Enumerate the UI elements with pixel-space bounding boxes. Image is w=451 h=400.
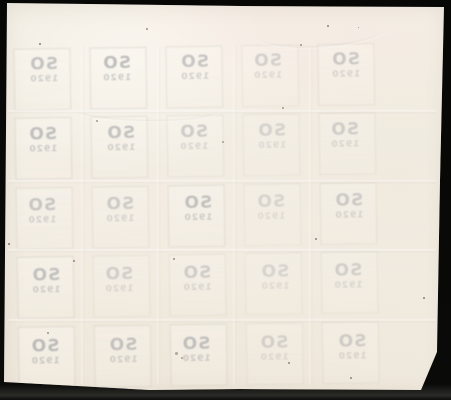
stamp-position: SO1920	[311, 247, 388, 318]
gutter-line-horizontal	[8, 319, 436, 321]
overprint-so-text: SO	[159, 265, 235, 283]
overprint-year-text: 1920	[6, 74, 82, 85]
overprint-so-text: SO	[158, 335, 234, 353]
overprint-so-text: SO	[236, 334, 312, 352]
overprint-year-text: 1920	[311, 210, 387, 221]
dust-speck	[222, 141, 224, 143]
stamp-position: SO1920	[4, 113, 81, 184]
overprint-year-text: 1920	[79, 73, 155, 84]
overprint-so-text: SO	[78, 55, 154, 73]
overprint-so-text: SO	[156, 124, 232, 142]
overprint-so-text: SO	[8, 267, 84, 285]
overprint-impression-mirrored: SO1920	[83, 125, 159, 154]
stamp-position: SO1920	[84, 320, 161, 391]
stamp-position: SO1920	[157, 180, 234, 251]
overprint-so-text: SO	[229, 52, 305, 70]
overprint-impression-mirrored: SO1920	[5, 126, 81, 155]
stamp-position: SO1920	[232, 110, 309, 181]
overprint-year-text: 1920	[237, 281, 313, 292]
overprint-so-text: SO	[5, 56, 81, 74]
dust-speck	[300, 44, 302, 46]
dust-speck	[327, 25, 329, 27]
overprint-year-text: 1920	[156, 142, 232, 153]
overprint-year-text: 1920	[81, 284, 157, 295]
overprint-year-text: 1920	[8, 285, 84, 296]
dust-speck	[73, 260, 75, 262]
overprint-year-text: 1920	[157, 71, 233, 82]
stamp-position: SO1920	[7, 252, 84, 323]
overprint-year-text: 1920	[314, 351, 390, 362]
overprint-so-text: SO	[307, 121, 383, 139]
stamp-position: SO1920	[308, 108, 385, 179]
overprint-year-text: 1920	[85, 354, 161, 365]
overprint-so-text: SO	[233, 193, 309, 211]
dust-speck	[39, 43, 41, 45]
overprint-year-text: 1920	[7, 355, 83, 366]
overprint-year-text: 1920	[4, 215, 80, 226]
overprint-year-text: 1920	[158, 353, 234, 364]
overprint-so-text: SO	[237, 263, 313, 281]
stamp-position: SO1920	[80, 112, 157, 183]
overprint-so-text: SO	[85, 336, 161, 354]
dust-speck	[181, 357, 183, 359]
overprint-impression-mirrored: SO1920	[81, 266, 157, 295]
overprint-impression-mirrored: SO1920	[82, 195, 158, 224]
overprint-so-text: SO	[5, 126, 81, 144]
overprint-impression-mirrored: SO1920	[158, 335, 234, 364]
stamp-position: SO1920	[159, 250, 236, 321]
overprint-year-text: 1920	[236, 352, 312, 363]
overprint-year-text: 1920	[234, 141, 310, 152]
overprint-so-text: SO	[160, 194, 236, 212]
stamp-position: SO1920	[235, 248, 312, 319]
gutter-line-vertical	[309, 46, 311, 384]
overprint-impression-mirrored: SO1920	[156, 53, 232, 82]
overprint-impression-mirrored: SO1920	[4, 197, 80, 226]
gutter-line-vertical	[233, 46, 235, 384]
dust-speck	[350, 377, 352, 379]
overprint-year-text: 1920	[159, 283, 235, 294]
stamp-position: SO1920	[233, 179, 310, 250]
overprint-impression-mirrored: SO1920	[78, 55, 154, 84]
dust-speck	[282, 107, 284, 109]
overprint-impression-mirrored: SO1920	[156, 124, 232, 153]
overprint-year-text: 1920	[308, 69, 384, 80]
overprint-year-text: 1920	[160, 212, 236, 223]
overprint-so-text: SO	[4, 197, 80, 215]
overprint-impression-mirrored: SO1920	[311, 192, 387, 221]
stamp-position: SO1920	[3, 44, 80, 115]
overprint-impression-mirrored: SO1920	[307, 51, 383, 80]
overprint-impression-mirrored: SO1920	[237, 263, 313, 292]
overprint-so-text: SO	[81, 266, 157, 284]
stamp-grid: SO1920SO1920SO1920SO1920SO1920SO1920SO19…	[3, 39, 388, 392]
overprint-impression-mirrored: SO1920	[8, 267, 84, 296]
gutter-line-vertical	[81, 46, 83, 384]
dust-speck	[423, 297, 425, 299]
stamp-position: SO1920	[5, 183, 82, 254]
overprint-year-text: 1920	[307, 139, 383, 150]
overprint-impression-mirrored: SO1920	[159, 265, 235, 294]
overprint-year-text: 1920	[310, 280, 386, 291]
stamp-position: SO1920	[236, 318, 313, 389]
overprint-so-text: SO	[82, 195, 158, 213]
overprint-so-text: SO	[7, 337, 83, 355]
overprint-impression-mirrored: SO1920	[85, 336, 161, 365]
dust-speck	[315, 238, 317, 240]
dust-speck	[8, 243, 10, 245]
overprint-year-text: 1920	[83, 143, 159, 154]
gutter-line-horizontal	[8, 249, 436, 251]
overprint-impression-mirrored: SO1920	[233, 193, 309, 222]
overprint-so-text: SO	[156, 53, 232, 71]
overprint-impression-mirrored: SO1920	[5, 56, 81, 85]
overprint-year-text: 1920	[230, 70, 306, 81]
stamp-position: SO1920	[81, 181, 158, 252]
overprint-so-text: SO	[234, 123, 310, 141]
stamp-position: SO1920	[156, 111, 233, 182]
overprint-so-text: SO	[310, 262, 386, 280]
overprint-impression-mirrored: SO1920	[314, 333, 390, 362]
stamp-position: SO1920	[307, 39, 384, 110]
dust-speck	[96, 120, 98, 122]
stamp-position: SO1920	[83, 251, 160, 322]
stamp-sheet: SO1920SO1920SO1920SO1920SO1920SO1920SO19…	[0, 0, 451, 400]
overprint-so-text: SO	[307, 51, 383, 69]
dust-speck	[173, 258, 175, 260]
stamp-position: SO1920	[231, 40, 308, 111]
scanner-background: SO1920SO1920SO1920SO1920SO1920SO1920SO19…	[0, 0, 451, 400]
overprint-impression-mirrored: SO1920	[307, 121, 383, 150]
dust-speck	[288, 362, 290, 364]
overprint-year-text: 1920	[233, 211, 309, 222]
dust-speck	[358, 27, 359, 28]
overprint-year-text: 1920	[82, 213, 158, 224]
overprint-impression-mirrored: SO1920	[229, 52, 305, 81]
overprint-year-text: 1920	[5, 144, 81, 155]
stamp-position: SO1920	[160, 319, 237, 390]
overprint-so-text: SO	[311, 192, 387, 210]
overprint-so-text: SO	[314, 333, 390, 351]
dust-speck	[47, 332, 49, 334]
overprint-so-text: SO	[83, 125, 159, 143]
overprint-impression-mirrored: SO1920	[310, 262, 386, 291]
overprint-impression-mirrored: SO1920	[236, 334, 312, 363]
stamp-position: SO1920	[309, 178, 386, 249]
overprint-impression-mirrored: SO1920	[7, 337, 83, 366]
dust-speck	[175, 352, 178, 355]
dust-speck	[146, 28, 148, 30]
overprint-impression-mirrored: SO1920	[234, 123, 310, 152]
gutter-line-horizontal	[8, 180, 436, 182]
overprint-impression-mirrored: SO1920	[160, 194, 236, 223]
